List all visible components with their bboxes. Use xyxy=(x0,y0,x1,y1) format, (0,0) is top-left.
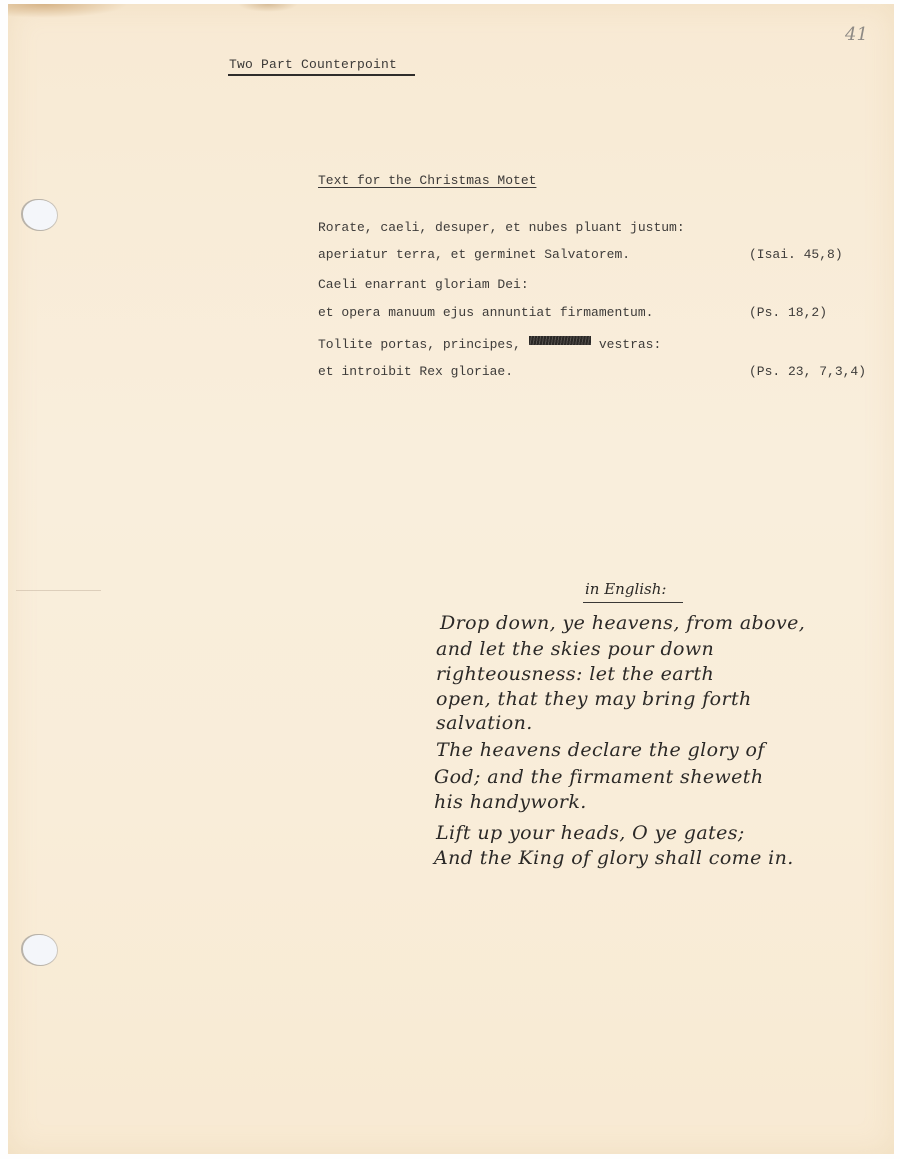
latin-line: Caeli enarrant gloriam Dei: xyxy=(318,277,529,292)
handwritten-line: salvation. xyxy=(436,712,533,734)
latin-line: Rorate, caeli, desuper, et nubes pluant … xyxy=(318,220,685,235)
handwritten-line: And the King of glory shall come in. xyxy=(434,847,794,869)
english-title: in English: xyxy=(585,580,666,598)
handwritten-line: Drop down, ye heavens, from above, xyxy=(440,612,805,634)
handwritten-line: his handywork. xyxy=(434,791,587,813)
handwritten-line: God; and the firmament sheweth xyxy=(434,766,763,788)
handwritten-line: The heavens declare the glory of xyxy=(436,739,765,761)
motet-title: Text for the Christmas Motet xyxy=(318,173,536,188)
english-title-underline xyxy=(583,602,683,603)
latin-line: et opera manuum ejus annuntiat firmament… xyxy=(318,305,653,320)
citation: (Ps. 23, 7,3,4) xyxy=(749,364,866,379)
latin-text: Tollite portas, principes, xyxy=(318,337,529,352)
handwritten-line: righteousness: let the earth xyxy=(436,663,714,685)
latin-text: vestras: xyxy=(591,337,661,352)
paper-crease xyxy=(16,590,101,591)
handwritten-line: Lift up your heads, O ye gates; xyxy=(436,822,745,844)
latin-line: aperiatur terra, et germinet Salvatorem. xyxy=(318,247,630,262)
water-stain xyxy=(238,4,298,12)
water-stain xyxy=(8,4,128,18)
punch-hole xyxy=(23,200,57,230)
document-heading: Two Part Counterpoint xyxy=(229,57,397,72)
handwritten-line: open, that they may bring forth xyxy=(436,688,752,710)
citation: (Isai. 45,8) xyxy=(749,247,843,262)
latin-line: Tollite portas, principes, xxxxxxxx vest… xyxy=(318,336,661,352)
latin-line: et introibit Rex gloriae. xyxy=(318,364,513,379)
heading-underline xyxy=(228,74,415,76)
citation: (Ps. 18,2) xyxy=(749,305,827,320)
punch-hole xyxy=(23,935,57,965)
handwritten-line: and let the skies pour down xyxy=(436,638,714,660)
struck-out-word: xxxxxxxx xyxy=(529,336,591,345)
page-number: 41 xyxy=(845,24,868,45)
